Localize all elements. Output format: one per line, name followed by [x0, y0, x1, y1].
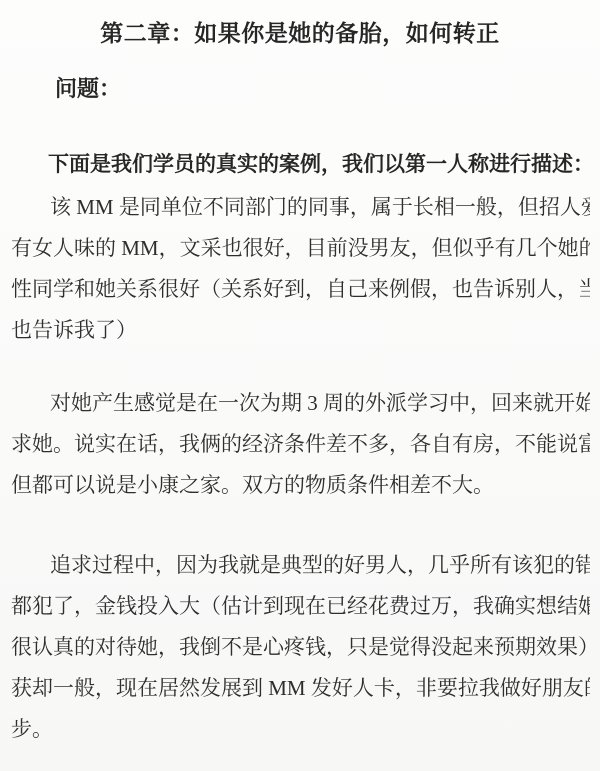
- paragraph-1: 该 MM 是同单位不同部门的同事，属于长相一般，但招人爱， 有女人味的 MM，文…: [11, 187, 590, 351]
- text-line: 都犯了，金钱投入大（估计到现在已经花费过万，我确实想结婚才: [11, 586, 590, 627]
- text-line: 追求过程中，因为我就是典型的好男人，几乎所有该犯的错误: [11, 545, 590, 586]
- text-line: 很认真的对待她，我倒不是心疼钱，只是觉得没起来预期效果），收: [11, 627, 590, 668]
- text-line: 获却一般，现在居然发展到 MM 发好人卡，非要拉我做好朋友的地: [11, 668, 590, 709]
- text-line: 求她。说实在话，我俩的经济条件差不多，各自有房，不能说富裕，: [11, 424, 590, 465]
- case-intro-line: 下面是我们学员的真实的案例，我们以第一人称进行描述：: [11, 151, 590, 178]
- paragraph-2: 对她产生感觉是在一次为期 3 周的外派学习中，回来就开始追 求她。说实在话，我俩…: [11, 383, 590, 506]
- chapter-title: 第二章：如果你是她的备胎，如何转正: [0, 20, 600, 48]
- question-label: 问题：: [55, 76, 121, 102]
- text-line: 但都可以说是小康之家。双方的物质条件相差不大。: [11, 465, 590, 506]
- paragraph-3: 追求过程中，因为我就是典型的好男人，几乎所有该犯的错误 都犯了，金钱投入大（估计…: [11, 545, 590, 750]
- text-line: 也告诉我了）: [11, 310, 590, 351]
- document-page: 第二章：如果你是她的备胎，如何转正 问题： 下面是我们学员的真实的案例，我们以第…: [0, 0, 600, 771]
- text-line: 步。: [11, 709, 590, 750]
- text-line: 有女人味的 MM，文采也很好，目前没男友，但似乎有几个她的男: [11, 228, 590, 269]
- text-line: 性同学和她关系很好（关系好到，自己来例假，也告诉别人，当然: [11, 269, 590, 310]
- text-line: 该 MM 是同单位不同部门的同事，属于长相一般，但招人爱，: [11, 187, 590, 228]
- text-line: 对她产生感觉是在一次为期 3 周的外派学习中，回来就开始追: [11, 383, 590, 424]
